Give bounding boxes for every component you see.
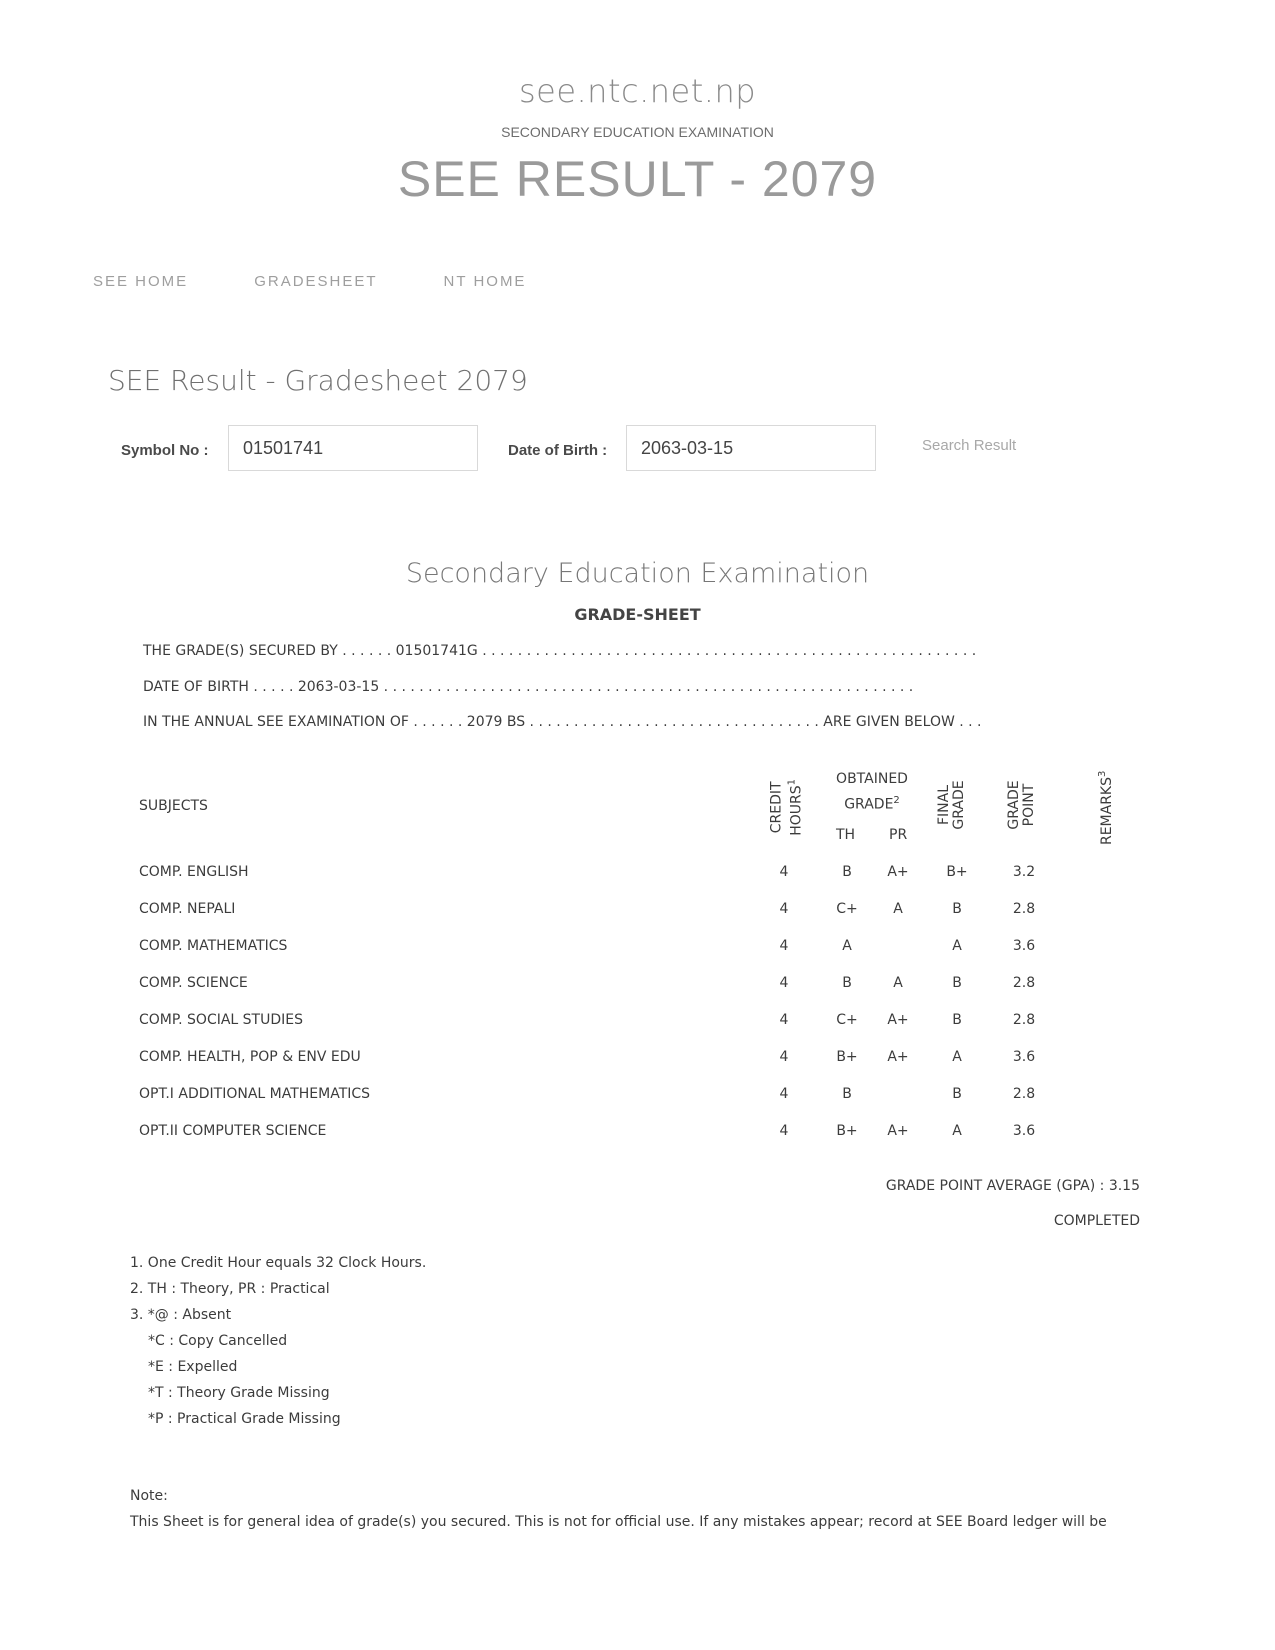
dob-label: Date of Birth : bbox=[508, 442, 607, 459]
footnote-item: *T : Theory Grade Missing bbox=[130, 1380, 426, 1406]
table-row: COMP. SCIENCE4BAB2.8 bbox=[139, 975, 1139, 995]
credit-cell: 4 bbox=[759, 1123, 809, 1139]
table-row: COMP. MATHEMATICS4AA3.6 bbox=[139, 938, 1139, 958]
th-grade-cell: A bbox=[822, 938, 872, 954]
col-credit-line1: CREDIT bbox=[769, 781, 785, 833]
nav-see-home[interactable]: SEE HOME bbox=[93, 273, 188, 290]
final-grade-cell: B bbox=[932, 901, 982, 917]
col-obtained-line2: GRADE bbox=[844, 797, 893, 813]
credit-cell: 4 bbox=[759, 1012, 809, 1028]
th-grade-cell: C+ bbox=[822, 901, 872, 917]
grade-point-cell: 2.8 bbox=[999, 1012, 1049, 1028]
pr-grade-cell: A bbox=[873, 975, 923, 991]
symbol-label: Symbol No : bbox=[121, 442, 209, 459]
subject-cell: COMP. ENGLISH bbox=[139, 864, 639, 880]
th-grade-cell: B bbox=[822, 975, 872, 991]
grade-point-cell: 3.2 bbox=[999, 864, 1049, 880]
footnote-ref-2: 2 bbox=[893, 795, 899, 806]
final-grade-cell: B bbox=[932, 1086, 982, 1102]
pr-grade-cell: A+ bbox=[873, 1123, 923, 1139]
symbol-input[interactable] bbox=[228, 425, 478, 471]
col-final-line1: FINAL bbox=[936, 785, 952, 825]
col-gp-line1: GRADE bbox=[1006, 780, 1022, 829]
col-pr: PR bbox=[889, 827, 907, 843]
pr-grade-cell: A+ bbox=[873, 1012, 923, 1028]
subject-cell: COMP. SCIENCE bbox=[139, 975, 639, 991]
subject-cell: OPT.II COMPUTER SCIENCE bbox=[139, 1123, 639, 1139]
col-credit-hours: CREDIT HOURS1 bbox=[770, 772, 805, 842]
footnote-ref-1: 1 bbox=[787, 779, 798, 785]
col-credit-line2: HOURS bbox=[788, 785, 804, 835]
site-subtitle: SECONDARY EDUCATION EXAMINATION bbox=[0, 124, 1275, 140]
search-result-button[interactable]: Search Result bbox=[922, 437, 1016, 454]
footnote-item: 1. One Credit Hour equals 32 Clock Hours… bbox=[130, 1250, 426, 1276]
final-grade-cell: A bbox=[932, 1123, 982, 1139]
subject-cell: OPT.I ADDITIONAL MATHEMATICS bbox=[139, 1086, 639, 1102]
pr-grade-cell: A+ bbox=[873, 1049, 923, 1065]
subject-cell: COMP. HEALTH, POP & ENV EDU bbox=[139, 1049, 639, 1065]
table-row: COMP. ENGLISH4BA+B+3.2 bbox=[139, 864, 1139, 884]
col-final-line2: GRADE bbox=[951, 780, 967, 829]
site-domain: see.ntc.net.np bbox=[0, 72, 1275, 110]
pr-grade-cell: A bbox=[873, 901, 923, 917]
table-row: OPT.II COMPUTER SCIENCE4B+A+A3.6 bbox=[139, 1123, 1139, 1143]
result-status: COMPLETED bbox=[1054, 1213, 1140, 1229]
note-text: This Sheet is for general idea of grade(… bbox=[130, 1514, 1107, 1530]
final-grade-cell: B bbox=[932, 975, 982, 991]
footnote-item: 2. TH : Theory, PR : Practical bbox=[130, 1276, 426, 1302]
nav-gradesheet[interactable]: GRADESHEET bbox=[254, 273, 377, 290]
th-grade-cell: B bbox=[822, 1086, 872, 1102]
th-grade-cell: C+ bbox=[822, 1012, 872, 1028]
main-nav: SEE HOME GRADESHEET NT HOME bbox=[93, 273, 526, 290]
grade-point-cell: 2.8 bbox=[999, 975, 1049, 991]
footnote-ref-3: 3 bbox=[1097, 771, 1108, 777]
table-row: COMP. NEPALI4C+AB2.8 bbox=[139, 901, 1139, 921]
col-obtained-line1: OBTAINED bbox=[836, 771, 908, 787]
exam-year-line: IN THE ANNUAL SEE EXAMINATION OF . . . .… bbox=[143, 714, 982, 730]
grade-point-cell: 3.6 bbox=[999, 938, 1049, 954]
table-row: OPT.I ADDITIONAL MATHEMATICS4BB2.8 bbox=[139, 1086, 1139, 1106]
subject-cell: COMP. MATHEMATICS bbox=[139, 938, 639, 954]
th-grade-cell: B+ bbox=[822, 1123, 872, 1139]
credit-cell: 4 bbox=[759, 901, 809, 917]
pr-grade-cell: A+ bbox=[873, 864, 923, 880]
col-obtained-grade: OBTAINED GRADE2 bbox=[822, 768, 922, 816]
nav-nt-home[interactable]: NT HOME bbox=[444, 273, 527, 290]
final-grade-cell: A bbox=[932, 938, 982, 954]
col-gp-line2: POINT bbox=[1021, 784, 1037, 827]
site-title: SEE RESULT - 2079 bbox=[0, 150, 1275, 208]
col-grade-point: GRADE POINT bbox=[1007, 775, 1037, 835]
footnote-item: 3. *@ : Absent bbox=[130, 1302, 426, 1328]
credit-cell: 4 bbox=[759, 1086, 809, 1102]
grade-point-cell: 2.8 bbox=[999, 901, 1049, 917]
th-grade-cell: B bbox=[822, 864, 872, 880]
credit-cell: 4 bbox=[759, 938, 809, 954]
table-row: COMP. HEALTH, POP & ENV EDU4B+A+A3.6 bbox=[139, 1049, 1139, 1069]
page-title: SEE Result - Gradesheet 2079 bbox=[108, 364, 528, 397]
col-final-grade: FINAL GRADE bbox=[937, 775, 967, 835]
note-label: Note: bbox=[130, 1488, 168, 1504]
subject-cell: COMP. SOCIAL STUDIES bbox=[139, 1012, 639, 1028]
footnote-item: *C : Copy Cancelled bbox=[130, 1328, 426, 1354]
final-grade-cell: B+ bbox=[932, 864, 982, 880]
grade-point-cell: 2.8 bbox=[999, 1086, 1049, 1102]
footnote-item: *P : Practical Grade Missing bbox=[130, 1406, 426, 1432]
dob-line: DATE OF BIRTH . . . . . 2063-03-15 . . .… bbox=[143, 679, 913, 695]
footnote-item: *E : Expelled bbox=[130, 1354, 426, 1380]
gradesheet-title: GRADE-SHEET bbox=[0, 605, 1275, 624]
col-remarks-label: REMARKS bbox=[1099, 777, 1115, 845]
credit-cell: 4 bbox=[759, 864, 809, 880]
subject-cell: COMP. NEPALI bbox=[139, 901, 639, 917]
col-subjects: SUBJECTS bbox=[139, 798, 208, 814]
final-grade-cell: B bbox=[932, 1012, 982, 1028]
credit-cell: 4 bbox=[759, 975, 809, 991]
credit-cell: 4 bbox=[759, 1049, 809, 1065]
gpa-line: GRADE POINT AVERAGE (GPA) : 3.15 bbox=[886, 1178, 1140, 1194]
dob-input[interactable] bbox=[626, 425, 876, 471]
grade-point-cell: 3.6 bbox=[999, 1123, 1049, 1139]
exam-title: Secondary Education Examination bbox=[0, 558, 1275, 589]
col-remarks: REMARKS3 bbox=[1095, 763, 1115, 853]
grade-point-cell: 3.6 bbox=[999, 1049, 1049, 1065]
secured-by-line: THE GRADE(S) SECURED BY . . . . . . 0150… bbox=[143, 643, 976, 659]
footnotes: 1. One Credit Hour equals 32 Clock Hours… bbox=[130, 1250, 426, 1432]
table-row: COMP. SOCIAL STUDIES4C+A+B2.8 bbox=[139, 1012, 1139, 1032]
th-grade-cell: B+ bbox=[822, 1049, 872, 1065]
col-th: TH bbox=[836, 827, 855, 843]
final-grade-cell: A bbox=[932, 1049, 982, 1065]
